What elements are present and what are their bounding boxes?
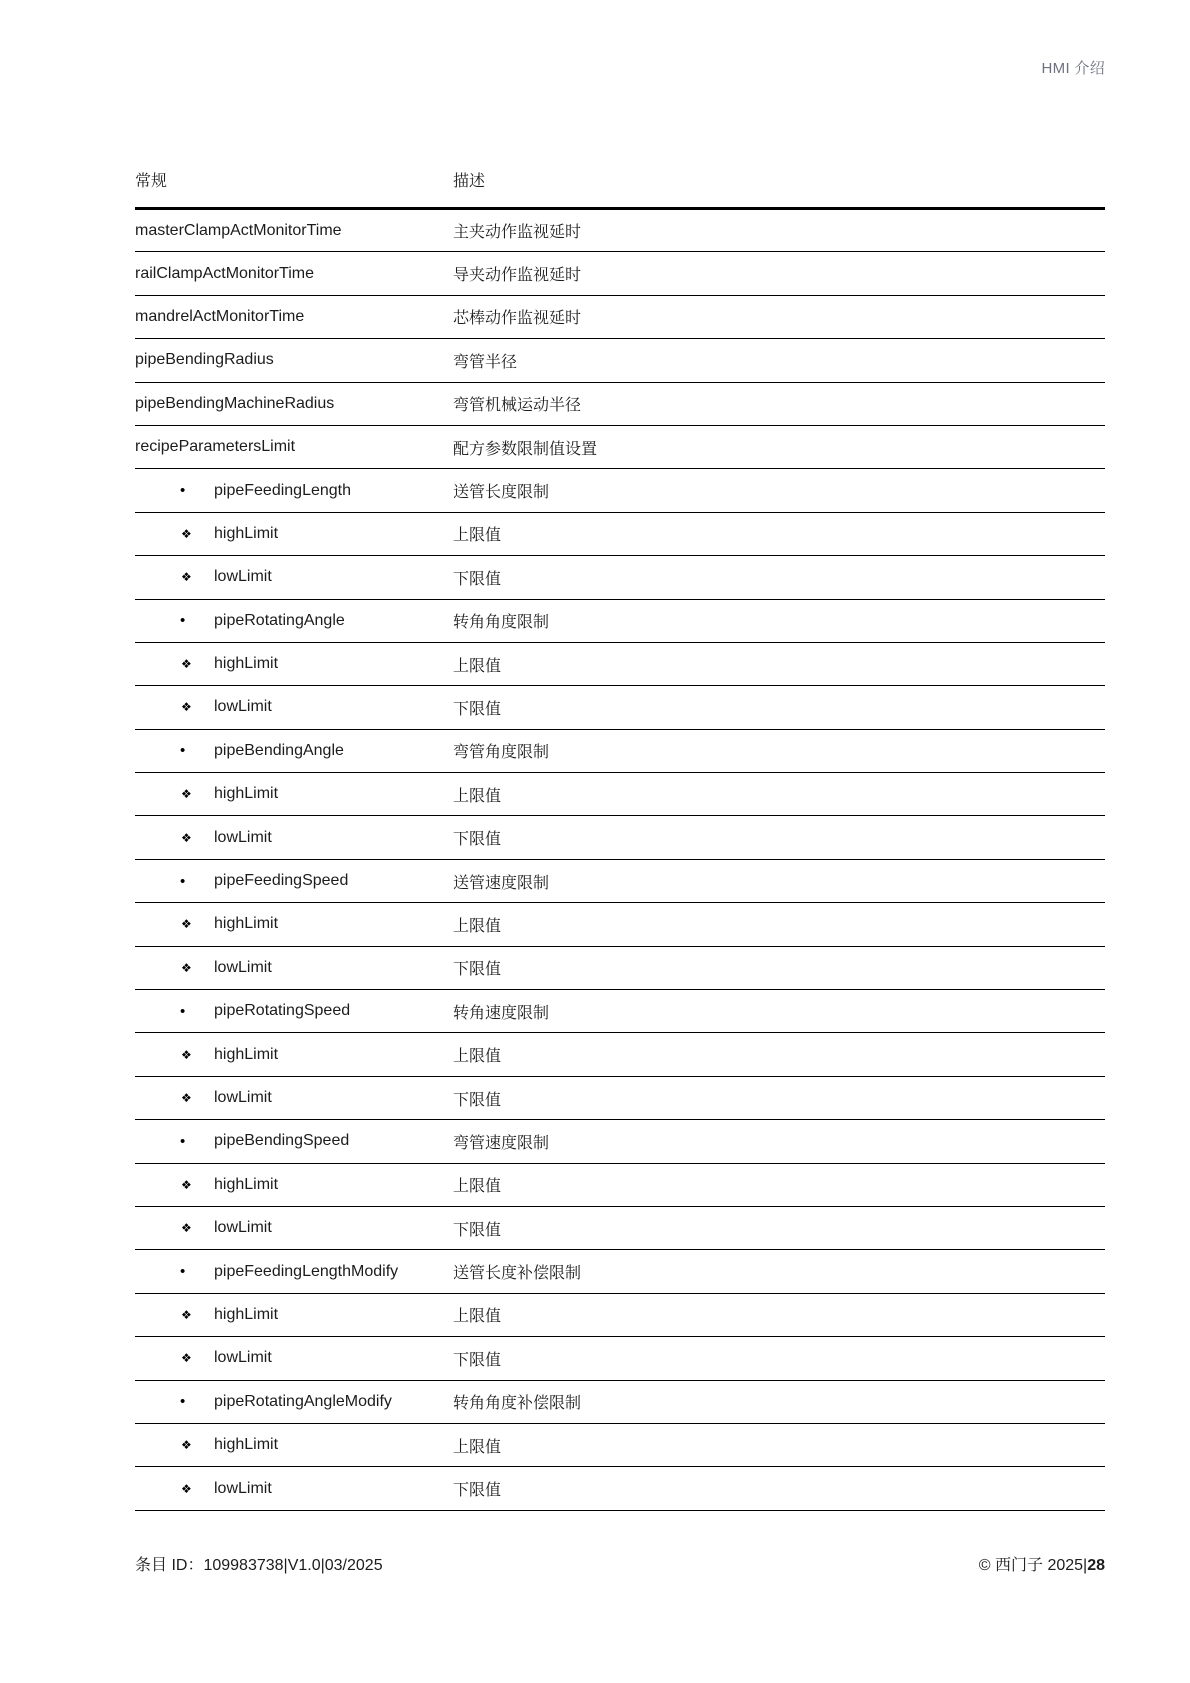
param-desc-cell: 上限值 xyxy=(453,642,1105,685)
param-name: highLimit xyxy=(214,785,278,803)
param-name-cell: pipeBendingRadius xyxy=(135,339,453,382)
param-desc-cell: 上限值 xyxy=(453,1033,1105,1076)
table-body: masterClampActMonitorTime主夹动作监视延时railCla… xyxy=(135,209,1105,1511)
param-desc-cell: 转角角度限制 xyxy=(453,599,1105,642)
diamond-bullet-icon: ❖ xyxy=(181,1221,214,1235)
param-desc-cell: 导夹动作监视延时 xyxy=(453,252,1105,295)
param-desc-cell: 上限值 xyxy=(453,903,1105,946)
param-name: pipeRotatingSpeed xyxy=(214,1002,350,1020)
copyright-prefix: © 西门子 2025| xyxy=(979,1557,1087,1574)
param-name: pipeFeedingLength xyxy=(214,482,351,500)
param-name: railClampActMonitorTime xyxy=(135,265,314,283)
param-desc-cell: 下限值 xyxy=(453,1337,1105,1380)
param-name: highLimit xyxy=(214,1176,278,1194)
param-name: mandrelActMonitorTime xyxy=(135,308,304,326)
table-row: pipeBendingRadius弯管半径 xyxy=(135,339,1105,382)
param-name-cell: ❖lowLimit xyxy=(135,1467,453,1510)
diamond-bullet-icon: ❖ xyxy=(181,1438,214,1452)
param-name: pipeRotatingAngle xyxy=(214,612,345,630)
param-desc-cell: 送管长度补偿限制 xyxy=(453,1250,1105,1293)
param-name: lowLimit xyxy=(214,698,272,716)
table-row: •pipeFeedingLengthModify送管长度补偿限制 xyxy=(135,1250,1105,1293)
diamond-bullet-icon: ❖ xyxy=(181,1308,214,1322)
param-desc-cell: 上限值 xyxy=(453,1163,1105,1206)
param-name-cell: ❖lowLimit xyxy=(135,1337,453,1380)
bullet-icon: • xyxy=(180,742,214,759)
table-row: ❖highLimit上限值 xyxy=(135,1163,1105,1206)
column-header-description: 描述 xyxy=(453,160,1105,209)
diamond-bullet-icon: ❖ xyxy=(181,961,214,975)
table-row: ❖lowLimit下限值 xyxy=(135,1337,1105,1380)
param-name-cell: ❖lowLimit xyxy=(135,1206,453,1249)
diamond-bullet-icon: ❖ xyxy=(181,917,214,931)
copyright-text: © 西门子 2025|28 xyxy=(979,1552,1105,1575)
param-desc-cell: 下限值 xyxy=(453,556,1105,599)
table-row: ❖highLimit上限值 xyxy=(135,1033,1105,1076)
param-name-cell: recipeParametersLimit xyxy=(135,425,453,468)
param-name-cell: ❖highLimit xyxy=(135,903,453,946)
param-desc-cell: 上限值 xyxy=(453,1293,1105,1336)
param-desc-cell: 上限值 xyxy=(453,1423,1105,1466)
diamond-bullet-icon: ❖ xyxy=(181,1351,214,1365)
bullet-icon: • xyxy=(180,873,214,890)
table-row: ❖highLimit上限值 xyxy=(135,773,1105,816)
table-row: railClampActMonitorTime导夹动作监视延时 xyxy=(135,252,1105,295)
param-name: pipeBendingAngle xyxy=(214,742,344,760)
param-name: lowLimit xyxy=(214,829,272,847)
param-name: highLimit xyxy=(214,1436,278,1454)
param-name: pipeRotatingAngleModify xyxy=(214,1393,392,1411)
param-name-cell: mandrelActMonitorTime xyxy=(135,295,453,338)
param-name: pipeBendingMachineRadius xyxy=(135,395,334,413)
param-desc-cell: 主夹动作监视延时 xyxy=(453,209,1105,252)
bullet-icon: • xyxy=(180,1393,214,1410)
table-row: •pipeBendingAngle弯管角度限制 xyxy=(135,729,1105,772)
page-number: 28 xyxy=(1087,1557,1105,1574)
table-row: ❖lowLimit下限值 xyxy=(135,556,1105,599)
param-name-cell: ❖highLimit xyxy=(135,773,453,816)
param-name-cell: ❖lowLimit xyxy=(135,816,453,859)
bullet-icon: • xyxy=(180,612,214,629)
param-name: pipeBendingRadius xyxy=(135,351,274,369)
table-row: ❖lowLimit下限值 xyxy=(135,1206,1105,1249)
table-row: ❖highLimit上限值 xyxy=(135,1423,1105,1466)
param-desc-cell: 转角角度补偿限制 xyxy=(453,1380,1105,1423)
diamond-bullet-icon: ❖ xyxy=(181,527,214,541)
param-desc-cell: 弯管机械运动半径 xyxy=(453,382,1105,425)
param-name: highLimit xyxy=(214,525,278,543)
param-name-cell: •pipeRotatingAngle xyxy=(135,599,453,642)
table-row: ❖lowLimit下限值 xyxy=(135,1467,1105,1510)
param-name-cell: •pipeRotatingAngleModify xyxy=(135,1380,453,1423)
param-name-cell: ❖highLimit xyxy=(135,1163,453,1206)
param-name-cell: ❖lowLimit xyxy=(135,686,453,729)
table-row: ❖highLimit上限值 xyxy=(135,903,1105,946)
bullet-icon: • xyxy=(180,482,214,499)
entry-id-text: 条目 ID：109983738|V1.0|03/2025 xyxy=(135,1552,383,1575)
param-desc-cell: 上限值 xyxy=(453,773,1105,816)
table-row: •pipeFeedingLength送管长度限制 xyxy=(135,469,1105,512)
param-name-cell: •pipeBendingAngle xyxy=(135,729,453,772)
page-footer: 条目 ID：109983738|V1.0|03/2025 © 西门子 2025|… xyxy=(135,1552,1105,1575)
param-name-cell: •pipeFeedingSpeed xyxy=(135,859,453,902)
param-name-cell: railClampActMonitorTime xyxy=(135,252,453,295)
param-name-cell: pipeBendingMachineRadius xyxy=(135,382,453,425)
param-desc-cell: 上限值 xyxy=(453,512,1105,555)
table-row: •pipeRotatingAngle转角角度限制 xyxy=(135,599,1105,642)
param-desc-cell: 送管速度限制 xyxy=(453,859,1105,902)
param-desc-cell: 芯棒动作监视延时 xyxy=(453,295,1105,338)
diamond-bullet-icon: ❖ xyxy=(181,1048,214,1062)
table-row: •pipeRotatingAngleModify转角角度补偿限制 xyxy=(135,1380,1105,1423)
param-desc-cell: 送管长度限制 xyxy=(453,469,1105,512)
param-name-cell: masterClampActMonitorTime xyxy=(135,209,453,252)
table-row: ❖lowLimit下限值 xyxy=(135,946,1105,989)
param-name-cell: •pipeFeedingLength xyxy=(135,469,453,512)
param-name-cell: •pipeFeedingLengthModify xyxy=(135,1250,453,1293)
param-name-cell: ❖lowLimit xyxy=(135,946,453,989)
param-name-cell: ❖lowLimit xyxy=(135,556,453,599)
param-name-cell: •pipeRotatingSpeed xyxy=(135,990,453,1033)
param-name: recipeParametersLimit xyxy=(135,438,295,456)
param-desc-cell: 弯管角度限制 xyxy=(453,729,1105,772)
table-row: ❖highLimit上限值 xyxy=(135,512,1105,555)
param-name: pipeBendingSpeed xyxy=(214,1132,349,1150)
bullet-icon: • xyxy=(180,1133,214,1150)
table-header: 常规 描述 xyxy=(135,160,1105,209)
param-desc-cell: 下限值 xyxy=(453,946,1105,989)
param-desc-cell: 弯管速度限制 xyxy=(453,1120,1105,1163)
param-desc-cell: 配方参数限制值设置 xyxy=(453,425,1105,468)
param-name: lowLimit xyxy=(214,568,272,586)
param-name: lowLimit xyxy=(214,1219,272,1237)
param-desc-cell: 下限值 xyxy=(453,1076,1105,1119)
param-desc-cell: 弯管半径 xyxy=(453,339,1105,382)
param-desc-cell: 转角速度限制 xyxy=(453,990,1105,1033)
param-name-cell: ❖highLimit xyxy=(135,642,453,685)
param-name-cell: ❖highLimit xyxy=(135,1423,453,1466)
table-row: mandrelActMonitorTime芯棒动作监视延时 xyxy=(135,295,1105,338)
table-row: •pipeRotatingSpeed转角速度限制 xyxy=(135,990,1105,1033)
diamond-bullet-icon: ❖ xyxy=(181,1091,214,1105)
diamond-bullet-icon: ❖ xyxy=(181,657,214,671)
table-row: ❖lowLimit下限值 xyxy=(135,1076,1105,1119)
param-name: pipeFeedingLengthModify xyxy=(214,1263,398,1281)
param-name-cell: ❖highLimit xyxy=(135,1033,453,1076)
parameters-table: 常规 描述 masterClampActMonitorTime主夹动作监视延时r… xyxy=(135,160,1105,1511)
param-name: highLimit xyxy=(214,655,278,673)
param-name: lowLimit xyxy=(214,1480,272,1498)
table-row: ❖highLimit上限值 xyxy=(135,642,1105,685)
table-row: ❖lowLimit下限值 xyxy=(135,686,1105,729)
table-row: •pipeBendingSpeed弯管速度限制 xyxy=(135,1120,1105,1163)
param-name: masterClampActMonitorTime xyxy=(135,222,342,240)
param-name: lowLimit xyxy=(214,1349,272,1367)
diamond-bullet-icon: ❖ xyxy=(181,1178,214,1192)
diamond-bullet-icon: ❖ xyxy=(181,831,214,845)
param-name: lowLimit xyxy=(214,1089,272,1107)
param-name-cell: ❖lowLimit xyxy=(135,1076,453,1119)
bullet-icon: • xyxy=(180,1263,214,1280)
bullet-icon: • xyxy=(180,1003,214,1020)
param-name: highLimit xyxy=(214,1046,278,1064)
param-name: lowLimit xyxy=(214,959,272,977)
table-row: ❖lowLimit下限值 xyxy=(135,816,1105,859)
column-header-general: 常规 xyxy=(135,160,453,209)
table-row: •pipeFeedingSpeed送管速度限制 xyxy=(135,859,1105,902)
param-name: highLimit xyxy=(214,1306,278,1324)
diamond-bullet-icon: ❖ xyxy=(181,700,214,714)
param-desc-cell: 下限值 xyxy=(453,1467,1105,1510)
parameters-table-container: 常规 描述 masterClampActMonitorTime主夹动作监视延时r… xyxy=(135,160,1105,1511)
param-name-cell: ❖highLimit xyxy=(135,512,453,555)
document-page: HMI 介绍 常规 描述 masterClampActMonitorTime主夹… xyxy=(0,0,1190,1683)
param-desc-cell: 下限值 xyxy=(453,686,1105,729)
param-name: highLimit xyxy=(214,915,278,933)
diamond-bullet-icon: ❖ xyxy=(181,570,214,584)
table-row: pipeBendingMachineRadius弯管机械运动半径 xyxy=(135,382,1105,425)
param-name-cell: •pipeBendingSpeed xyxy=(135,1120,453,1163)
param-desc-cell: 下限值 xyxy=(453,816,1105,859)
diamond-bullet-icon: ❖ xyxy=(181,787,214,801)
diamond-bullet-icon: ❖ xyxy=(181,1482,214,1496)
table-row: ❖highLimit上限值 xyxy=(135,1293,1105,1336)
param-desc-cell: 下限值 xyxy=(453,1206,1105,1249)
table-header-row: 常规 描述 xyxy=(135,160,1105,209)
table-row: masterClampActMonitorTime主夹动作监视延时 xyxy=(135,209,1105,252)
param-name: pipeFeedingSpeed xyxy=(214,872,348,890)
table-row: recipeParametersLimit配方参数限制值设置 xyxy=(135,425,1105,468)
param-name-cell: ❖highLimit xyxy=(135,1293,453,1336)
page-header-title: HMI 介绍 xyxy=(1042,57,1105,78)
